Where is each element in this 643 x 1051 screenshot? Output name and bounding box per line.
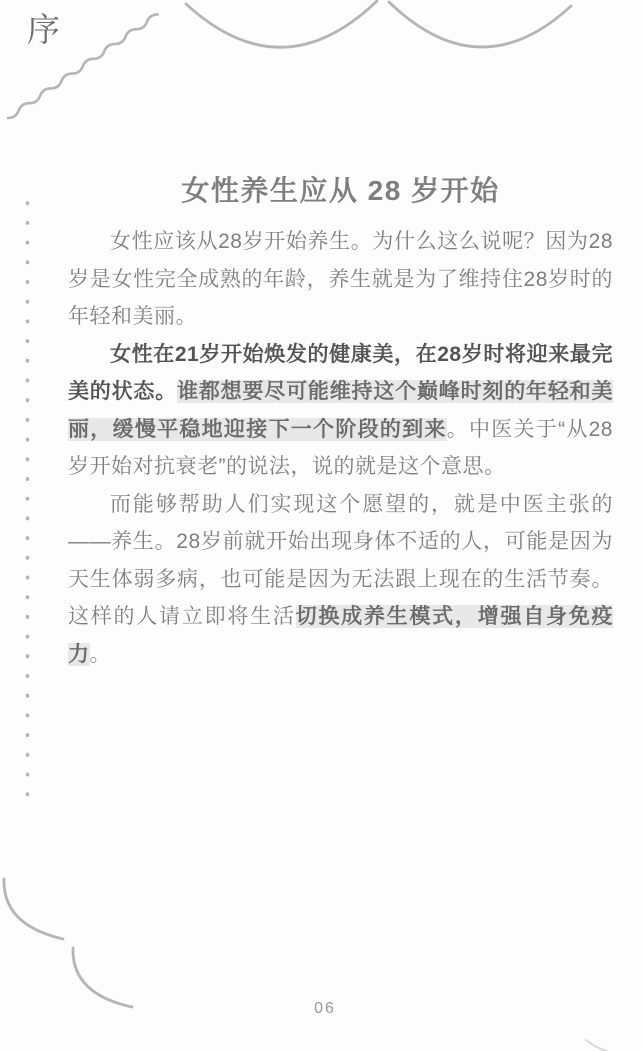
text-segment: 。 [90,643,112,666]
paragraph: 女性在21岁开始焕发的健康美，在28岁时将迎来最完美的状态。谁都想要尽可能维持这… [68,336,613,486]
paragraph: 女性应该从28岁开始养生。为什么这么说呢？因为28岁是女性完全成熟的年龄，养生就… [68,223,613,336]
page-number: 06 [0,1000,643,1018]
top-scallop-arc-left [186,1,377,47]
book-page: 序 女性养生应从 28 岁开始 女性应该从28岁开始养生。为什么这么说呢？因为2… [0,0,643,1051]
text-segment: 女性应该从28岁开始养生。为什么这么说呢？因为28岁是女性完全成熟的年龄，养生就… [68,230,613,328]
article-title: 女性养生应从 28 岁开始 [68,169,613,209]
bottom-scallop-arc-lower [73,948,132,1007]
bottom-right-arc-fragment [586,1040,607,1051]
bottom-scallop-arc-upper [4,879,63,939]
top-scallop-arc-right [389,2,571,47]
article-body: 女性应该从28岁开始养生。为什么这么说呢？因为28岁是女性完全成熟的年龄，养生就… [68,223,613,673]
paragraph: 而能够帮助人们实现这个愿望的，就是中医主张的——养生。28岁前就开始出现身体不适… [68,486,613,674]
section-label: 序 [27,4,61,51]
